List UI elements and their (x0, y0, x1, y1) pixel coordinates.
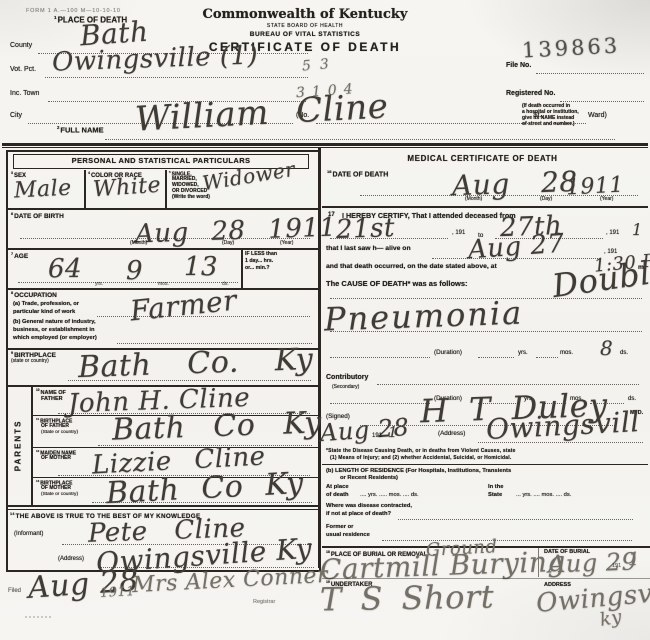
dotted-rule (560, 100, 644, 102)
cause-yrs-label: yrs. (518, 350, 528, 357)
residence-header1: (b) LENGTH OF RESIDENCE (For Hospitals, … (326, 468, 511, 474)
undertaker-value: T S Short (320, 580, 495, 615)
medical-section-title: MEDICAL CERTIFICATE OF DEATH (330, 155, 635, 164)
marital-label-5: (Write the word) (172, 195, 210, 201)
dob-value: Aug 28 1911 (135, 214, 337, 247)
footnote-line2: (1) Means of Injury; and (2) whether Acc… (330, 456, 511, 462)
dod-year-value: 1911 (565, 174, 624, 199)
row-divider (6, 248, 319, 250)
commonwealth-title: Commonwealth of Kentucky (180, 8, 430, 22)
occupation-b1: (b) General nature of industry, (13, 319, 96, 325)
item-number: 12 (36, 449, 39, 453)
age-heading: 7AGE (11, 252, 28, 260)
row-divider (322, 206, 648, 208)
item-number: 14 (10, 512, 15, 516)
dotted-rule (330, 356, 430, 358)
item-number: 4 (88, 171, 90, 175)
section-divider (6, 505, 319, 507)
divider-line (2, 147, 648, 148)
dotted-rule (92, 501, 312, 503)
death-certificate-scan: FORM 1 A.—100 M—10-10-10 1PLACE OF DEATH… (0, 0, 650, 640)
footnote-line1: *State the Disease Causing Death, or in … (326, 449, 516, 455)
cause-of-death-label: The CAUSE OF DEATH* was as follows: (326, 280, 468, 288)
father-bp-label3: (State or country) (41, 430, 78, 435)
dod-day-label: (Day) (540, 197, 552, 203)
contributory-label: Contributory (326, 374, 368, 382)
item-number: 11 (36, 417, 39, 421)
dotted-rule (398, 518, 633, 520)
registrar-label: Registrar (253, 599, 275, 605)
file-number-stamp: 139863 (521, 33, 620, 62)
dotted-rule (330, 330, 642, 332)
county-label: County (10, 42, 32, 50)
age-yrs-label: yrs. (95, 282, 103, 288)
age-less-line2: 1 day... hrs. (245, 259, 273, 265)
pencil-number-1: 53 (301, 56, 338, 73)
form-number: FORM 1 A.—100 M—10-10-10 (26, 8, 121, 14)
residence-at-place2: of death (326, 492, 349, 498)
row-divider (6, 288, 319, 290)
age-less-line3: or... min.? (245, 266, 270, 272)
cell-divider (31, 385, 33, 505)
row-divider (6, 208, 319, 210)
divider-line (2, 143, 648, 146)
dotted-rule (432, 257, 600, 259)
item-number: 6 (11, 212, 13, 216)
age-days-value: 13 (184, 254, 218, 280)
full-name-value: William Cline (134, 89, 389, 136)
contracted-line2: if not at place of death? (326, 511, 391, 517)
year-digit-value: 1 (388, 425, 398, 440)
parents-vertical-label: PARENTS (6, 385, 32, 505)
undertaker-address-value2: ky (599, 608, 624, 630)
dob-heading: 6DATE OF BIRTH (11, 212, 64, 220)
dob-label: DATE OF BIRTH (14, 213, 64, 220)
row-divider (322, 464, 648, 465)
dotted-rule (536, 72, 644, 74)
birthplace-value: Bath Co. Ky (78, 345, 314, 383)
age-label: AGE (14, 253, 28, 260)
dotted-rule (105, 138, 615, 140)
registered-no-label: Registered No. (506, 90, 555, 98)
dod-label: DATE OF DEATH (333, 171, 389, 178)
dod-heading: 16DATE OF DEATH (327, 170, 388, 179)
birthplace-sub-label: (state or country) (11, 359, 49, 365)
mother-bp-label3: (State or country) (41, 492, 78, 497)
signed-address-value: Owingsvill (485, 408, 640, 444)
age-years-value: 64 (48, 256, 82, 282)
item-number: 1 (54, 15, 57, 20)
dob-year-label: (Year) (280, 241, 293, 247)
hospital-note-line4: of street and number.) (522, 122, 575, 128)
dotted-rule (68, 379, 311, 381)
sex-value: Male (13, 178, 72, 203)
dob-month-label: (Month) (130, 241, 147, 247)
cause-ds-label: ds. (620, 350, 628, 357)
occupation-b3: which employed (or employer) (13, 335, 97, 341)
cell-divider (241, 248, 243, 288)
contrib-ds-label: ds. (628, 396, 636, 403)
item-number: 3 (11, 171, 13, 175)
father-bp-value: Bath Co Ky (112, 408, 323, 445)
file-no-label: File No. (506, 62, 531, 70)
burial-date-value: Aug 29 (548, 549, 638, 576)
filed-year-value: 1911 (100, 585, 136, 600)
dob-day-label: (Day) (222, 241, 234, 247)
race-value: White (92, 175, 162, 202)
dotted-rule (330, 402, 430, 404)
residence-units1: .... yrs. ..... mos. .... ds. (360, 492, 419, 498)
residence-units2: ... yrs. .... mos. .... ds. (516, 492, 571, 498)
full-name-heading: 2FULL NAME (57, 126, 104, 135)
cause-duration-days-value: 8 (600, 338, 613, 358)
mother-bp-label2: OF MOTHER (41, 486, 71, 492)
cell-divider (84, 170, 86, 208)
informant-label: (Informant) (14, 531, 43, 538)
age-mos-label: mos. (158, 282, 169, 288)
item-number: 13 (36, 479, 39, 483)
mother-name-label2: OF MOTHER (41, 456, 71, 462)
bureau-line: BUREAU OF VITAL STATISTICS (180, 31, 430, 38)
former-residence-line2: usual residence (326, 532, 370, 538)
cause-mos-label: mos. (560, 350, 573, 357)
item-number: 9 (11, 351, 13, 355)
item-number: 8 (11, 291, 13, 295)
state-board-line: STATE BOARD OF HEALTH (180, 24, 430, 30)
filed-label: Filed (8, 588, 21, 595)
father-bp-label2: OF FATHER (41, 424, 69, 430)
father-l1: NAME OF (41, 390, 66, 396)
residence-state: State (488, 492, 502, 498)
year-stub: , 191 (606, 230, 619, 237)
year-stub: 191 (372, 433, 382, 440)
dotted-rule (478, 356, 514, 358)
dotted-rule (377, 383, 639, 385)
occupation-label: OCCUPATION (14, 292, 57, 299)
item-number: 7 (11, 252, 13, 256)
dod-year-label: (Year) (600, 197, 613, 203)
parents-label-text: PARENTS (15, 419, 24, 471)
occupation-b2: business, or establishment in (13, 327, 95, 333)
signed-address-label: (Address) (438, 431, 465, 438)
scan-artifact (25, 616, 51, 618)
year-stub: 191 (612, 563, 621, 569)
residence-at-place1: At place (326, 484, 349, 490)
year-digit-value: 1 (628, 551, 640, 569)
residence-in-the: In the (488, 484, 503, 490)
year-stub: , 191 (452, 230, 465, 237)
inc-town-label: Inc. Town (10, 90, 39, 98)
certify-line2: that I last saw h— alive on (326, 245, 411, 252)
occupation-a2: particular kind of work (13, 309, 75, 315)
city-label: City (10, 112, 22, 120)
age-less-line1: IF LESS than (245, 252, 277, 258)
cell-divider (165, 170, 167, 208)
dotted-rule (536, 356, 558, 358)
precinct-value: Owingsville (1) (52, 42, 259, 75)
father-name-label2: FATHER (41, 396, 63, 402)
item-number: 10 (36, 388, 40, 392)
item-number: 16 (327, 169, 332, 174)
former-residence-line1: Former or (326, 524, 353, 530)
certify-item-number: 17 (328, 212, 335, 219)
informant-address-label: (Address) (58, 556, 84, 563)
cause-duration-label: (Duration) (434, 350, 462, 357)
full-name-label: FULL NAME (60, 126, 103, 135)
year-digit-value: 1 (632, 222, 643, 238)
occupation-heading: 8OCCUPATION (11, 291, 57, 299)
dotted-rule (18, 281, 238, 283)
certify-line3: and that death occurred, on the date sta… (326, 263, 497, 270)
contributory-sub-label: (Secondary) (332, 385, 359, 391)
cause-value-1: Double (550, 254, 650, 302)
dotted-rule (382, 539, 632, 541)
dotted-rule (330, 237, 448, 239)
occupation-a1: (a) Trade, profession, or (13, 301, 79, 307)
residence-header2: or Recent Residents) (340, 475, 398, 481)
city-ward-label: Ward) (588, 112, 607, 120)
item-number: 5 (169, 170, 171, 174)
father-name-heading: 10NAME OF (36, 389, 66, 396)
dod-month-label: (Month) (465, 197, 482, 203)
personal-title-text: PERSONAL AND STATISTICAL PARTICULARS (72, 157, 251, 165)
contracted-line1: Where was disease contracted, (326, 503, 412, 509)
section-divider (6, 509, 319, 510)
precinct-label: Vot. Pct. (10, 66, 36, 74)
